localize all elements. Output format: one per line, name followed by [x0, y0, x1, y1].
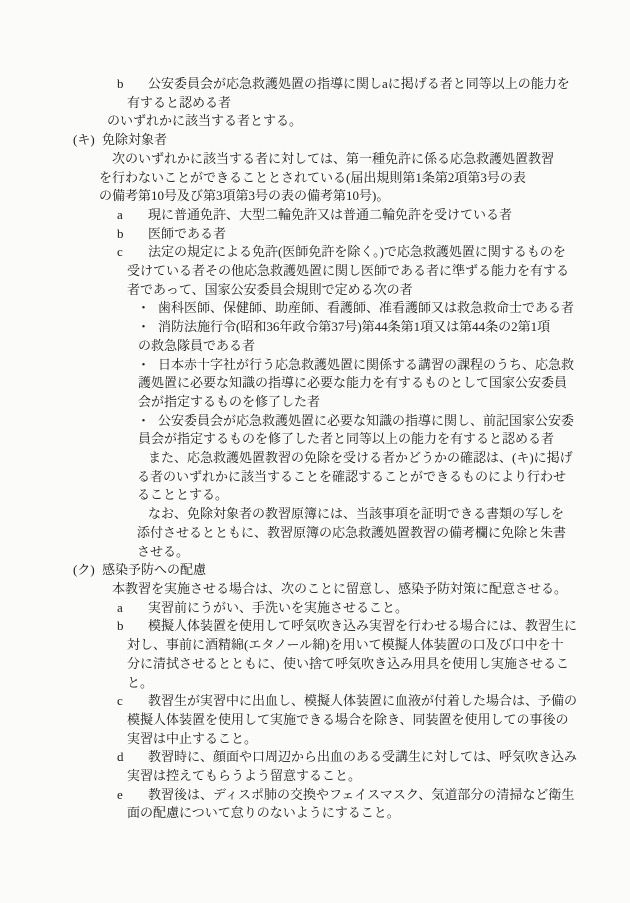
bullet-text: 歯科医師、保健師、助産師、看護師、准看護師又は救急救命士である者: [158, 300, 574, 315]
item-label: a: [117, 206, 123, 225]
item-text: 模擬人体装置を使用して呼気吹き込み実習を行わせる場合には、教習生に 対し、事前に…: [127, 618, 577, 689]
item-label: e: [117, 786, 123, 805]
item-label: c: [117, 692, 123, 711]
bullet-dentist-nurse: ・歯科医師、保健師、助産師、看護師、准看護師又は救急救命士である者: [73, 299, 610, 318]
document-page: b公安委員会が応急救護処置の指導に関しaに掲げる者と同等以上の能力を 有すると認…: [0, 0, 630, 903]
bullet-text: 日本赤十字社が行う応急救護処置に関係する講習の課程のうち、応急救 護処置に必要な…: [138, 357, 574, 409]
item-label: b: [117, 617, 124, 636]
bullet-text: 消防法施行令(昭和36年政令第37号)第44条第1項又は第44条の2第1項 の救…: [138, 319, 550, 353]
section-title: 感染予防への配慮: [102, 562, 206, 577]
item-e-hygiene-care: e教習後は、ディスポ肺の交換やフェイスマスク、気道部分の清掃など衛生 面の配慮に…: [73, 786, 610, 823]
section-ku-body: 本教習を実施させる場合は、次のことに留意し、感染予防対策に配意させる。: [73, 580, 610, 599]
item-b-mannequin-disinfect: b模擬人体装置を使用して呼気吹き込み実習を行わせる場合には、教習生に 対し、事前…: [73, 617, 610, 692]
item-b-doctor: b医師である者: [73, 225, 610, 244]
item-a-gargle-handwash: a実習前にうがい、手洗いを実施させること。: [73, 599, 610, 618]
item-label: a: [117, 599, 123, 618]
section-ku-heading: (ク)感染予防への配慮: [73, 561, 610, 580]
item-label: b: [117, 75, 124, 94]
bullet-psc-designated: ・公安委員会が応急救護処置に必要な知識の指導に関し、前記国家公安委 員会が指定す…: [73, 412, 610, 449]
bullet-text: 公安委員会が応急救護処置に必要な知識の指導に関し、前記国家公安委 員会が指定する…: [138, 413, 574, 447]
item-text: 医師である者: [148, 226, 226, 241]
item-text: 教習後は、ディスポ肺の交換やフェイスマスク、気道部分の清掃など衛生 面の配慮につ…: [127, 787, 574, 821]
section-ki-body: 次のいずれかに該当する者に対しては、第一種免許に係る応急救護処置教習 を行わない…: [73, 150, 610, 206]
paragraph-text: なお、免除対象者の教習原簿には、当該事項を証明できる書類の写しを 添付させるとと…: [137, 506, 566, 558]
paragraph-text: また、応急救護処置教習の免除を受ける者かどうかの確認は、(キ)に掲げ る者のいず…: [137, 450, 573, 502]
paragraph-text: 本教習を実施させる場合は、次のことに留意し、感染予防対策に配意させる。: [112, 581, 567, 596]
paragraph-text: のいずれかに該当する者とする。: [107, 113, 302, 128]
bullet-dot-icon: ・: [137, 412, 150, 431]
item-d-face-bleeding: d教習時に、顔面や口周辺から出血のある受講生に対しては、呼気吹き込み 実習は控え…: [73, 748, 610, 785]
bullet-fire-service: ・消防法施行令(昭和36年政令第37号)第44条第1項又は第44条の2第1項 の…: [73, 318, 610, 355]
item-a-license-holder: a現に普通免許、大型二輪免許又は普通二輪免許を受けている者: [73, 206, 610, 225]
item-text: 教習時に、顔面や口周辺から出血のある受講生に対しては、呼気吹き込み 実習は控えて…: [127, 749, 577, 783]
item-text: 現に普通免許、大型二輪免許又は普通二輪免許を受けている者: [148, 207, 512, 222]
section-title: 免除対象者: [102, 132, 167, 147]
item-label: d: [117, 748, 124, 767]
item-label: c: [117, 243, 123, 262]
item-text: 実習前にうがい、手洗いを実施させること。: [148, 600, 408, 615]
closing-clause: のいずれかに該当する者とする。: [73, 112, 610, 131]
paragraph-text: 次のいずれかに該当する者に対しては、第一種免許に係る応急救護処置教習 を行わない…: [99, 151, 554, 203]
note-exemption-confirmation: また、応急救護処置教習の免除を受ける者かどうかの確認は、(キ)に掲げ る者のいず…: [73, 449, 610, 505]
item-label: b: [117, 225, 124, 244]
item-b-equivalent-ability: b公安委員会が応急救護処置の指導に関しaに掲げる者と同等以上の能力を 有すると認…: [73, 75, 610, 112]
note-exemption-records: なお、免除対象者の教習原簿には、当該事項を証明できる書類の写しを 添付させるとと…: [73, 505, 610, 561]
item-c-legal-license: c法定の規定による免許(医師免許を除く。)で応急救護処置に関するものを 受けてい…: [73, 243, 610, 299]
item-c-bleeding-stop: c教習生が実習中に出血し、模擬人体装置に血液が付着した場合は、予備の 模擬人体装…: [73, 692, 610, 748]
document-content: b公安委員会が応急救護処置の指導に関しaに掲げる者と同等以上の能力を 有すると認…: [0, 0, 630, 823]
item-text: 法定の規定による免許(医師免許を除く。)で応急救護処置に関するものを 受けている…: [127, 244, 569, 296]
bullet-red-cross: ・日本赤十字社が行う応急救護処置に関係する講習の課程のうち、応急救 護処置に必要…: [73, 356, 610, 412]
bullet-dot-icon: ・: [137, 318, 150, 337]
bullet-dot-icon: ・: [137, 299, 150, 318]
section-label: (ク): [73, 561, 95, 580]
item-text: 教習生が実習中に出血し、模擬人体装置に血液が付着した場合は、予備の 模擬人体装置…: [127, 693, 577, 745]
section-ki-heading: (キ)免除対象者: [73, 131, 610, 150]
section-label: (キ): [73, 131, 95, 150]
item-text: 公安委員会が応急救護処置の指導に関しaに掲げる者と同等以上の能力を 有すると認め…: [127, 76, 570, 110]
bullet-dot-icon: ・: [137, 356, 150, 375]
